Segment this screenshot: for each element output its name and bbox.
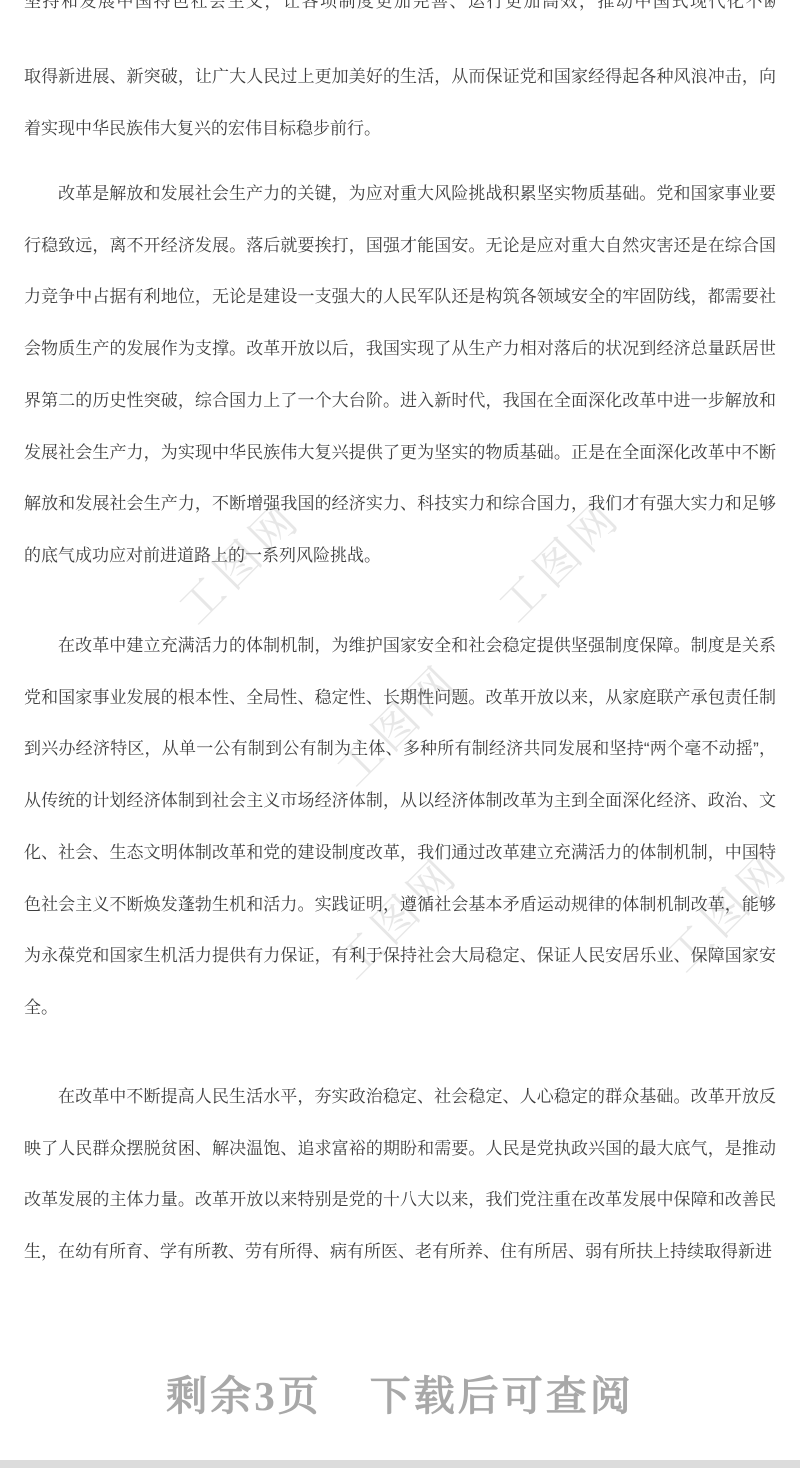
footer-download-hint: 下载后可查阅 bbox=[370, 1373, 634, 1419]
paragraph: 在改革中建立充满活力的体制机制，为维护国家安全和社会稳定提供坚强制度保障。制度是… bbox=[24, 620, 776, 1034]
paragraph: 取得新进展、新突破，让广大人民过上更加美好的生活，从而保证党和国家经得起各种风浪… bbox=[24, 51, 776, 154]
clipped-top-line: 坚持和发展中国特色社会主义，让各项制度更加完善、运行更加高效，推动中国式现代化不… bbox=[24, 0, 776, 12]
preview-footer: 剩余3页下载后可查阅 bbox=[0, 1363, 800, 1422]
footer-pages-remaining: 剩余3页 bbox=[166, 1373, 322, 1419]
paragraph: 改革是解放和发展社会生产力的关键，为应对重大风险挑战积累坚实物质基础。党和国家事… bbox=[24, 168, 776, 582]
clipped-top-line-text: 坚持和发展中国特色社会主义，让各项制度更加完善、运行更加高效，推动中国式现代化不… bbox=[24, 0, 776, 10]
paragraph: 在改革中不断提高人民生活水平，夯实政治稳定、社会稳定、人心稳定的群众基础。改革开… bbox=[24, 1071, 776, 1278]
page-bottom-bar bbox=[0, 1460, 800, 1468]
